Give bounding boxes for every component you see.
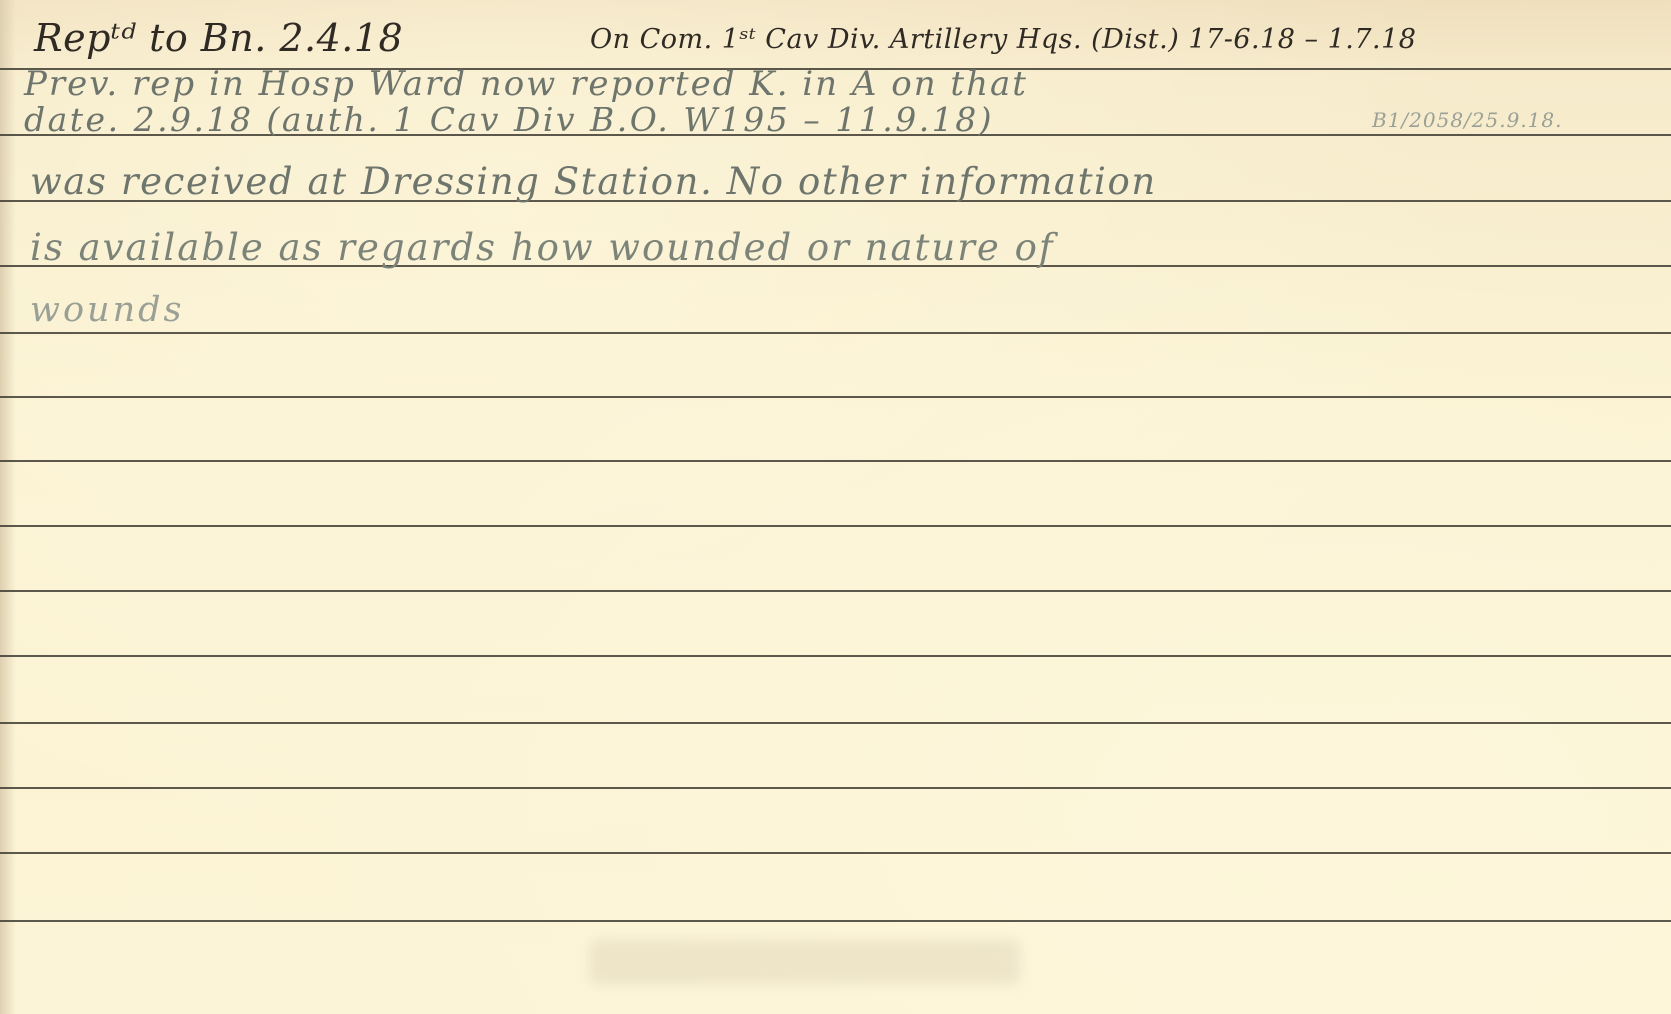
ruled-line (0, 852, 1671, 854)
paper-smudge (590, 940, 1020, 984)
reference-number: B1/2058/25.9.18. (1372, 108, 1563, 132)
ruled-line (0, 655, 1671, 657)
reported-to-battalion: Repᵗᵈ to Bn. 2.4.18 (34, 16, 403, 60)
ruled-line (0, 787, 1671, 789)
ruled-line (0, 722, 1671, 724)
ruled-line (0, 590, 1671, 592)
on-command-entry: On Com. 1ˢᵗ Cav Div. Artillery Hqs. (Dis… (590, 24, 1417, 55)
note-line-5: wounds (30, 290, 184, 330)
ruled-line (0, 525, 1671, 527)
ruled-line (0, 332, 1671, 334)
note-line-4: is available as regards how wounded or n… (30, 226, 1055, 269)
note-line-3: was received at Dressing Station. No oth… (30, 160, 1157, 203)
index-card: Repᵗᵈ to Bn. 2.4.18 On Com. 1ˢᵗ Cav Div.… (0, 0, 1671, 1014)
ruled-line (0, 460, 1671, 462)
ruled-line (0, 396, 1671, 398)
ruled-line (0, 920, 1671, 922)
note-line-2: date. 2.9.18 (auth. 1 Cav Div B.O. W195 … (24, 100, 994, 139)
note-line-1: Prev. rep in Hosp Ward now reported K. i… (24, 64, 1028, 104)
